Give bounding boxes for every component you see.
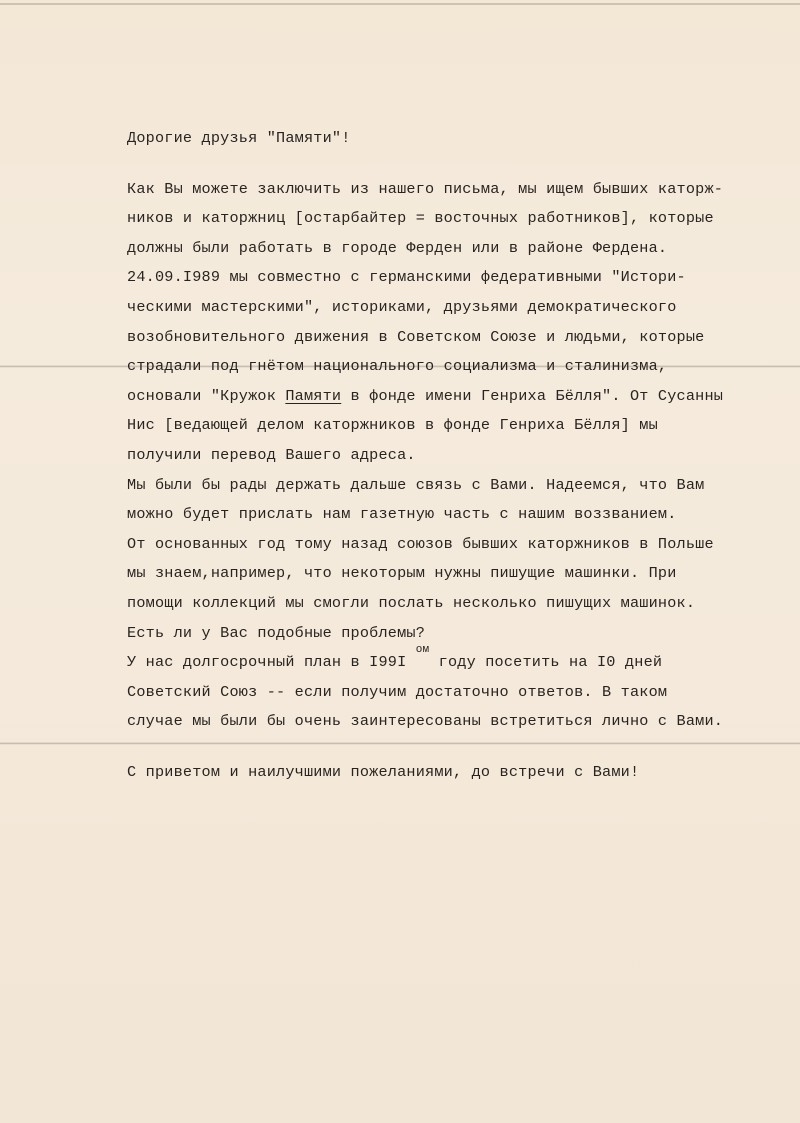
text-segment: году посетить на I0 дней <box>429 653 662 671</box>
text-line: случае мы были бы очень заинтересованы в… <box>127 707 787 737</box>
text-line: Нис [ведающей делом каторжников в фонде … <box>127 411 787 441</box>
text-segment: основали "Кружок <box>127 387 285 405</box>
text-line: ников и каторжниц [остарбайтер = восточн… <box>127 204 787 234</box>
text-line-circle-name: основали "Кружок Памяти в фонде имени Ге… <box>127 382 787 412</box>
text-line: помощи коллекций мы смогли послать неско… <box>127 589 787 619</box>
text-line: мы знаем,например, что некоторым нужны п… <box>127 559 787 589</box>
letter-body: Дорогие друзья "Памяти"! Как Вы можете з… <box>127 124 787 787</box>
text-line-plan: У нас долгосрочный план в I99I ом году п… <box>127 648 787 678</box>
letter-page: Дорогие друзья "Памяти"! Как Вы можете з… <box>0 0 800 1123</box>
text-line: Как Вы можете заключить из нашего письма… <box>127 175 787 205</box>
text-line: От основанных год тому назад союзов бывш… <box>127 530 787 560</box>
text-line: ческими мастерскими", историками, друзья… <box>127 293 787 323</box>
text-line: можно будет прислать нам газетную часть … <box>127 500 787 530</box>
text-segment: в фонде имени Генриха Бёлля". От Сусанны <box>341 387 723 405</box>
text-line: должны были работать в городе Ферден или… <box>127 234 787 264</box>
superscript-suffix: ом <box>416 644 430 656</box>
text-line: Советский Союз -- если получим достаточн… <box>127 678 787 708</box>
text-segment: У нас долгосрочный план в I99I <box>127 653 416 671</box>
text-line: страдали под гнётом национального социал… <box>127 352 787 382</box>
spacer <box>127 154 787 175</box>
text-line: возобновительного движения в Советском С… <box>127 323 787 353</box>
text-line: получили перевод Вашего адреса. <box>127 441 787 471</box>
text-line: Есть ли у Вас подобные проблемы? <box>127 619 787 649</box>
paper-top-edge <box>0 3 800 5</box>
greeting: Дорогие друзья "Памяти"! <box>127 124 787 154</box>
text-line: Мы были бы рады держать дальше связь с В… <box>127 471 787 501</box>
closing: С приветом и наилучшими пожеланиями, до … <box>127 758 787 788</box>
spacer <box>127 737 787 758</box>
underlined-word: Памяти <box>285 387 341 405</box>
text-line: 24.09.I989 мы совместно с германскими фе… <box>127 263 787 293</box>
